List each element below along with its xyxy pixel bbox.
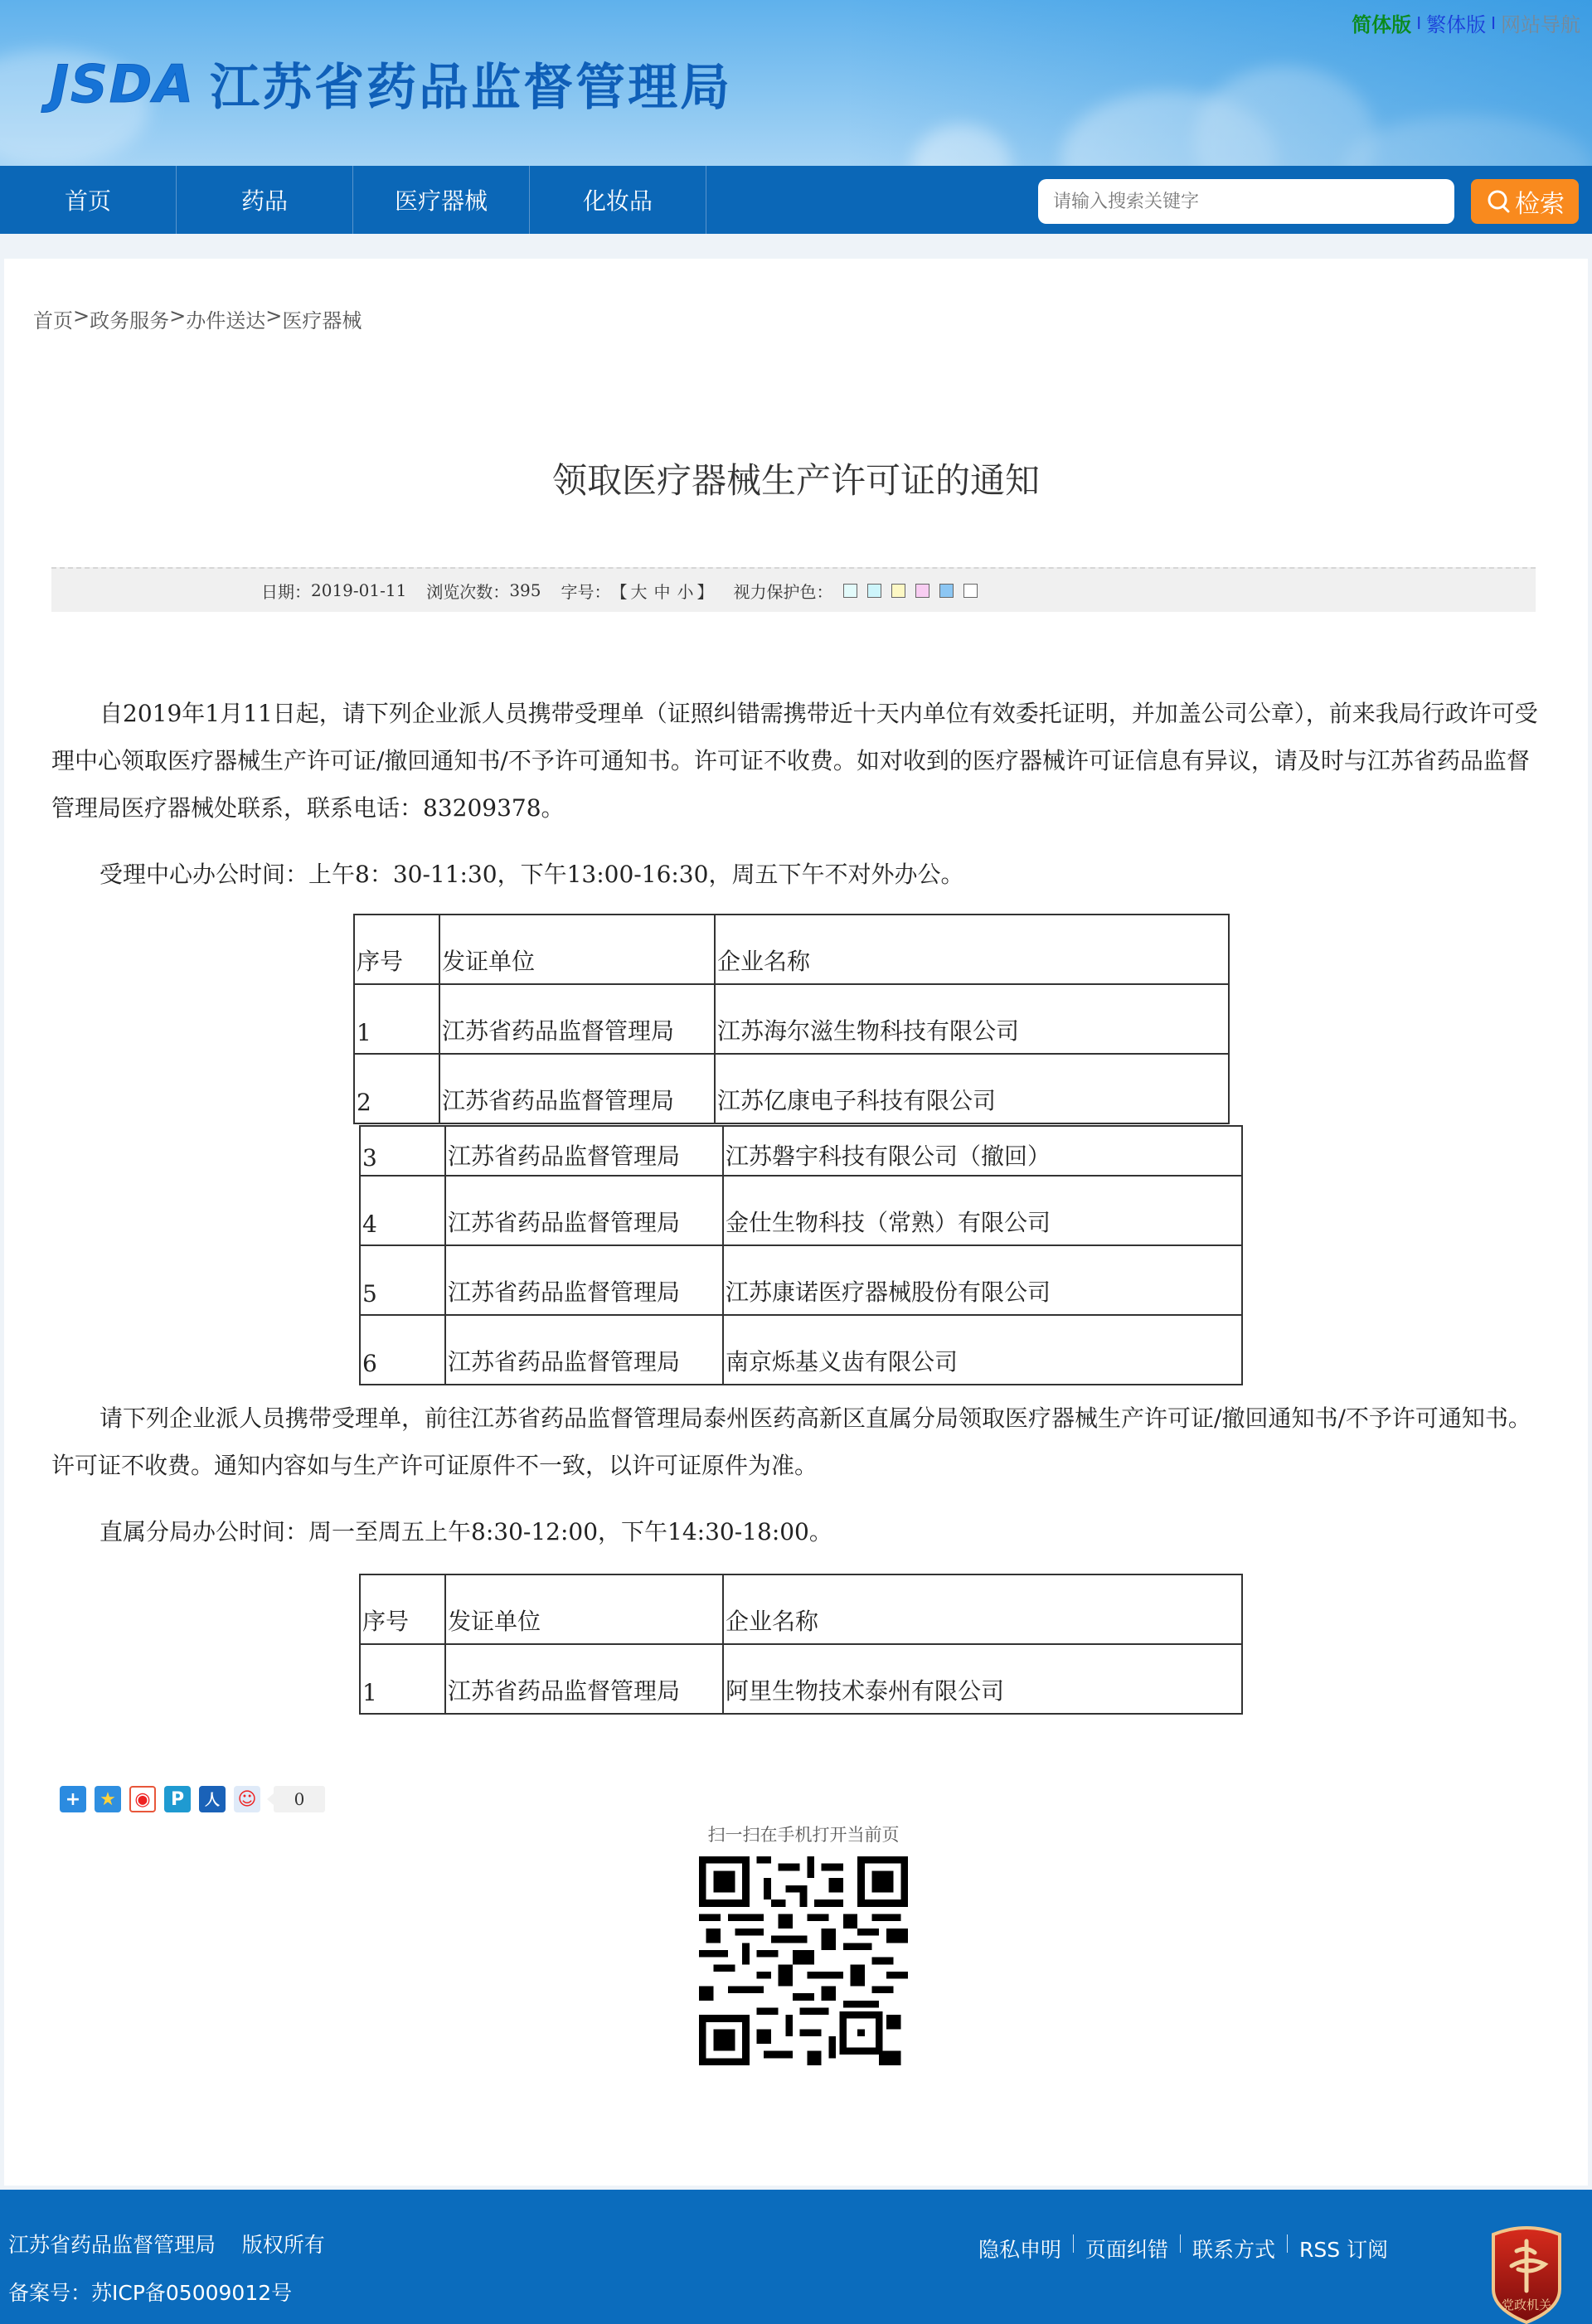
cell-issuer: 江苏省药品监督管理局	[445, 1315, 723, 1385]
table-row: 4 江苏省药品监督管理局 金仕生物科技（常熟）有限公司	[360, 1176, 1242, 1245]
eye-care-swatch-6[interactable]	[963, 584, 978, 598]
rss-link[interactable]: RSS 订阅	[1299, 2234, 1388, 2263]
office-hours: 受理中心办公时间：上午8：30-11:30，下午13:00-16:30，周五下午…	[51, 851, 1544, 898]
article-paragraph: 自2019年1月11日起，请下列企业派人员携带受理单（证照纠错需携带近十天内单位…	[51, 690, 1544, 832]
nav-item-home[interactable]: 首页	[0, 166, 177, 234]
site-header: JSDA 江苏省药品监督管理局 简体版 I 繁体版 I 网站导航	[0, 0, 1592, 166]
cell-issuer: 江苏省药品监督管理局	[445, 1245, 723, 1315]
cell-issuer: 江苏省药品监督管理局	[439, 1054, 715, 1123]
cell-company: 江苏海尔滋生物科技有限公司	[715, 984, 1229, 1054]
site-logo[interactable]: JSDA 江苏省药品监督管理局	[50, 48, 732, 119]
header-cell: 企业名称	[715, 915, 1229, 984]
cell-index: 2	[354, 1054, 439, 1123]
tencent-weibo-icon[interactable]: P	[164, 1786, 191, 1812]
breadcrumb: 首页 > 政务服务 > 办件送达 > 医疗器械	[33, 304, 362, 333]
qr-code-icon	[699, 1856, 908, 2065]
eye-care-swatch-4[interactable]	[915, 584, 929, 598]
page-title: 领取医疗器械生产许可证的通知	[4, 454, 1588, 503]
cell-company: 江苏磐宇科技有限公司（撤回）	[723, 1126, 1242, 1176]
separator: I	[1491, 13, 1496, 33]
breadcrumb-separator: >	[265, 304, 282, 333]
logo-mark: JSDA	[50, 54, 195, 114]
license-table-2: 序号 发证单位 企业名称 1 江苏省药品监督管理局 阿里生物技术泰州有限公司	[359, 1574, 1243, 1715]
breadcrumb-home[interactable]: 首页	[33, 304, 73, 333]
font-size-large[interactable]: 大	[631, 579, 648, 603]
copyright-text: 江苏省药品监督管理局 版权所有	[8, 2221, 325, 2269]
cell-issuer: 江苏省药品监督管理局	[445, 1126, 723, 1176]
nav-item-medical-devices[interactable]: 医疗器械	[353, 166, 530, 234]
license-table-continued: 3 江苏省药品监督管理局 江苏磐宇科技有限公司（撤回） 4 江苏省药品监督管理局…	[359, 1125, 1243, 1385]
share-bar: + ★ ◉ P 人 ☺ 0	[60, 1786, 325, 1812]
nav-item-drugs[interactable]: 药品	[177, 166, 353, 234]
article-meta: 日期： 2019-01-11 浏览次数： 395 字号： 【 大 中 小 】 视…	[51, 567, 1536, 612]
table-row: 5 江苏省药品监督管理局 江苏康诺医疗器械股份有限公司	[360, 1245, 1242, 1315]
cell-index: 6	[360, 1315, 445, 1385]
table-row: 3 江苏省药品监督管理局 江苏磐宇科技有限公司（撤回）	[360, 1126, 1242, 1176]
cell-company: 江苏亿康电子科技有限公司	[715, 1054, 1229, 1123]
date-value: 2019-01-11	[311, 580, 406, 600]
table-row: 2 江苏省药品监督管理局 江苏亿康电子科技有限公司	[354, 1054, 1229, 1123]
content-card: 首页 > 政务服务 > 办件送达 > 医疗器械 领取医疗器械生产许可证的通知 日…	[4, 259, 1588, 2186]
table-row: 1 江苏省药品监督管理局 江苏海尔滋生物科技有限公司	[354, 984, 1229, 1054]
article-body-2: 请下列企业派人员携带受理单，前往江苏省药品监督管理局泰州医药高新区直属分局领取医…	[51, 1395, 1544, 1555]
nav-item-cosmetics[interactable]: 化妆品	[530, 166, 706, 234]
article-body: 自2019年1月11日起，请下列企业派人员携带受理单（证照纠错需携带近十天内单位…	[51, 690, 1544, 898]
search-icon	[1485, 187, 1513, 216]
eye-care-swatch-1[interactable]	[843, 584, 857, 598]
eye-care-swatch-3[interactable]	[891, 584, 905, 598]
people-share-icon[interactable]: ☺	[234, 1786, 260, 1812]
more-share-icon[interactable]: +	[60, 1786, 86, 1812]
table-row: 1 江苏省药品监督管理局 阿里生物技术泰州有限公司	[360, 1644, 1242, 1714]
separator: I	[1416, 13, 1421, 33]
header-cell: 发证单位	[439, 915, 715, 984]
font-size-label: 字号：	[561, 579, 611, 603]
separator	[1073, 2234, 1074, 2253]
table-row: 6 江苏省药品监督管理局 南京烁基义齿有限公司	[360, 1315, 1242, 1385]
share-count: 0	[274, 1786, 325, 1812]
cell-company: 江苏康诺医疗器械股份有限公司	[723, 1245, 1242, 1315]
weibo-icon[interactable]: ◉	[129, 1786, 156, 1812]
font-size-small[interactable]: 小	[677, 579, 694, 603]
search-button[interactable]: 检索	[1471, 179, 1579, 224]
top-links: 简体版 I 繁体版 I 网站导航	[1352, 8, 1580, 37]
cell-company: 阿里生物技术泰州有限公司	[723, 1644, 1242, 1714]
search-input[interactable]	[1038, 179, 1454, 224]
main-nav: 首页 药品 医疗器械 化妆品 检索	[0, 166, 1592, 234]
views-label: 浏览次数：	[426, 579, 509, 603]
footer-info: 江苏省药品监督管理局 版权所有 备案号：苏ICP备05009012号	[8, 2221, 325, 2317]
table-header-row: 序号 发证单位 企业名称	[360, 1574, 1242, 1644]
views-value: 395	[509, 580, 541, 600]
cell-company: 南京烁基义齿有限公司	[723, 1315, 1242, 1385]
privacy-link[interactable]: 隐私申明	[978, 2234, 1061, 2263]
header-cell: 序号	[354, 915, 439, 984]
office-hours: 直属分局办公时间：周一至周五上午8:30-12:00，下午14:30-18:00…	[51, 1508, 1544, 1555]
bracket-close: 】	[697, 579, 714, 603]
qr-block: 扫一扫在手机打开当前页	[696, 1822, 911, 2069]
page-error-link[interactable]: 页面纠错	[1085, 2234, 1168, 2263]
font-size-medium[interactable]: 中	[654, 579, 671, 603]
license-table: 序号 发证单位 企业名称 1 江苏省药品监督管理局 江苏海尔滋生物科技有限公司 …	[353, 914, 1230, 1124]
icp-number: 备案号：苏ICP备05009012号	[8, 2269, 325, 2317]
separator	[1180, 2234, 1181, 2253]
traditional-link[interactable]: 繁体版	[1426, 8, 1486, 37]
date-label: 日期：	[261, 579, 311, 603]
cell-index: 1	[354, 984, 439, 1054]
site-footer: 江苏省药品监督管理局 版权所有 备案号：苏ICP备05009012号 隐私申明 …	[0, 2190, 1592, 2324]
cell-index: 5	[360, 1245, 445, 1315]
separator	[1287, 2234, 1288, 2253]
cell-index: 4	[360, 1176, 445, 1245]
cell-company: 金仕生物科技（常熟）有限公司	[723, 1176, 1242, 1245]
eye-care-swatch-5[interactable]	[939, 584, 954, 598]
eye-care-label: 视力保护色：	[734, 579, 833, 603]
party-government-badge-icon[interactable]: 党政机关	[1487, 2223, 1566, 2324]
eye-care-swatch-2[interactable]	[867, 584, 881, 598]
cell-index: 3	[360, 1126, 445, 1176]
breadcrumb-delivery[interactable]: 办件送达	[186, 304, 265, 333]
breadcrumb-separator: >	[73, 304, 90, 333]
breadcrumb-medical-devices[interactable]: 医疗器械	[282, 304, 362, 333]
contact-link[interactable]: 联系方式	[1192, 2234, 1275, 2263]
header-cell: 发证单位	[445, 1574, 723, 1644]
cell-issuer: 江苏省药品监督管理局	[445, 1644, 723, 1714]
table-header-row: 序号 发证单位 企业名称	[354, 915, 1229, 984]
bracket-open: 【	[611, 579, 628, 603]
site-navigation-link[interactable]: 网站导航	[1501, 8, 1580, 37]
qr-caption: 扫一扫在手机打开当前页	[696, 1822, 911, 1846]
search-button-label: 检索	[1515, 183, 1565, 220]
simplified-link[interactable]: 简体版	[1352, 8, 1411, 37]
renren-icon[interactable]: 人	[199, 1786, 226, 1812]
svg-text:党政机关: 党政机关	[1502, 2297, 1551, 2312]
header-cell: 企业名称	[723, 1574, 1242, 1644]
cell-issuer: 江苏省药品监督管理局	[445, 1176, 723, 1245]
cell-issuer: 江苏省药品监督管理局	[439, 984, 715, 1054]
footer-links: 隐私申明 页面纠错 联系方式 RSS 订阅	[978, 2234, 1388, 2263]
article-paragraph: 请下列企业派人员携带受理单，前往江苏省药品监督管理局泰州医药高新区直属分局领取医…	[51, 1395, 1544, 1489]
breadcrumb-separator: >	[169, 304, 186, 333]
breadcrumb-government-services[interactable]: 政务服务	[90, 304, 169, 333]
cell-index: 1	[360, 1644, 445, 1714]
search-bar: 检索	[1038, 179, 1579, 224]
qzone-icon[interactable]: ★	[95, 1786, 121, 1812]
site-name: 江苏省药品监督管理局	[210, 48, 732, 119]
header-cell: 序号	[360, 1574, 445, 1644]
